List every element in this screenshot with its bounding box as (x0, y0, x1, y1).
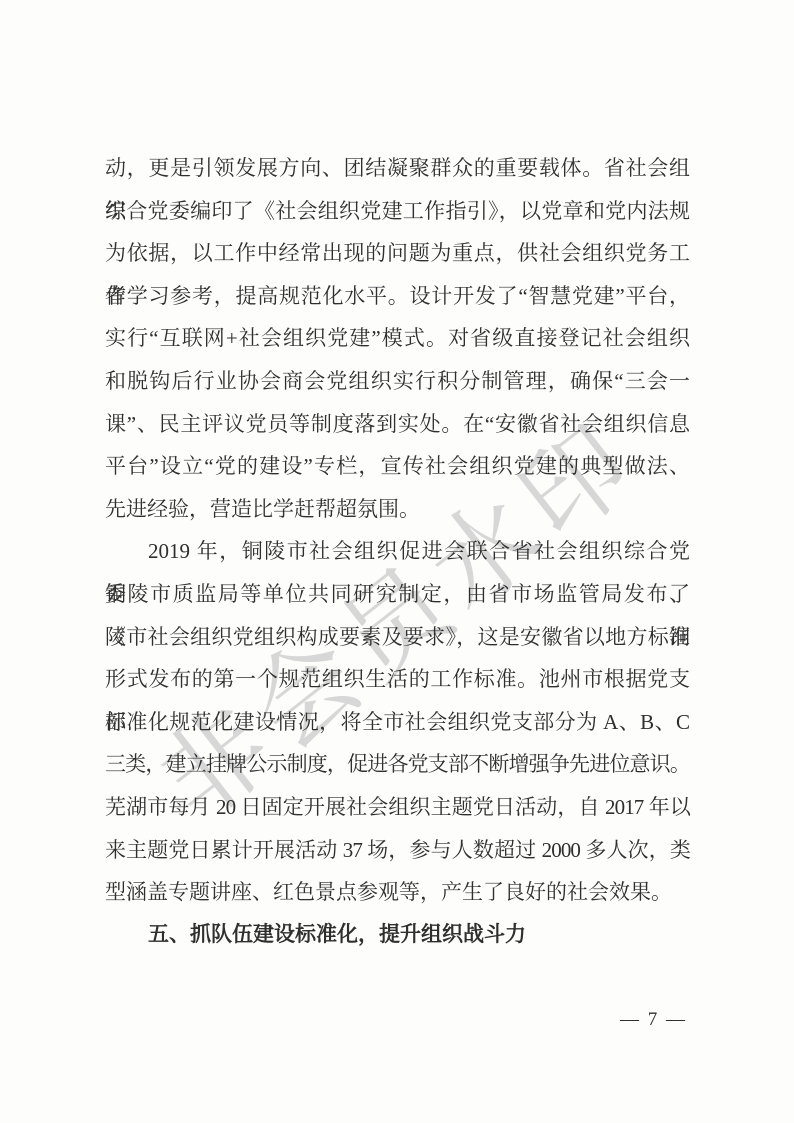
text-line: 和脱钩后行业协会商会党组织实行积分制管理，确保“三会一 (105, 360, 690, 403)
text-line: 芜湖市每月 20 日固定开展社会组织主题党日活动，自 2017 年以 (105, 786, 690, 829)
text-line: 为依据，以工作中经常出现的问题为重点，供社会组织党务工作 (105, 232, 690, 275)
document-body: 动，更是引领发展方向、团结凝聚群众的重要载体。省社会组织 综合党委编印了《社会组… (105, 147, 690, 956)
text-line: 动，更是引领发展方向、团结凝聚群众的重要载体。省社会组织 (105, 147, 690, 190)
text-line: 平台”设立“党的建设”专栏，宣传社会组织党建的典型做法、 (105, 445, 690, 488)
text-line: 综合党委编印了《社会组织党建工作指引》，以党章和党内法规 (105, 190, 690, 233)
section-heading: 五、抓队伍建设标准化，提升组织战斗力 (105, 914, 690, 957)
text-line: 先进经验，营造比学赶帮超氛围。 (105, 488, 690, 531)
text-line: 铜陵市质监局等单位共同研究制定，由省市场监管局发布了《铜 (105, 573, 690, 616)
text-line: 2019 年，铜陵市社会组织促进会联合省社会组织综合党委、 (105, 530, 690, 573)
text-line: 三类，建立挂牌公示制度，促进各党支部不断增强争先进位意识。 (105, 743, 690, 786)
text-line: 形式发布的第一个规范组织生活的工作标准。池州市根据党支部 (105, 658, 690, 701)
document-page: 非会员水印 动，更是引领发展方向、团结凝聚群众的重要载体。省社会组织 综合党委编… (0, 0, 794, 1123)
text-line: 陵市社会组织党组织构成要素及要求》，这是安徽省以地方标准 (105, 616, 690, 659)
page-number: — 7 — (620, 1005, 687, 1035)
text-line: 来主题党日累计开展活动 37 场，参与人数超过 2000 多人次，类 (105, 829, 690, 872)
text-line: 实行“互联网+社会组织党建”模式。对省级直接登记社会组织 (105, 317, 690, 360)
text-line: 者学习参考，提高规范化水平。设计开发了“智慧党建”平台， (105, 275, 690, 318)
text-line: 课”、民主评议党员等制度落到实处。在“安徽省社会组织信息 (105, 403, 690, 446)
text-line: 型涵盖专题讲座、红色景点参观等，产生了良好的社会效果。 (105, 871, 690, 914)
text-line: 标准化规范化建设情况，将全市社会组织党支部分为 A、B、C (105, 701, 690, 744)
